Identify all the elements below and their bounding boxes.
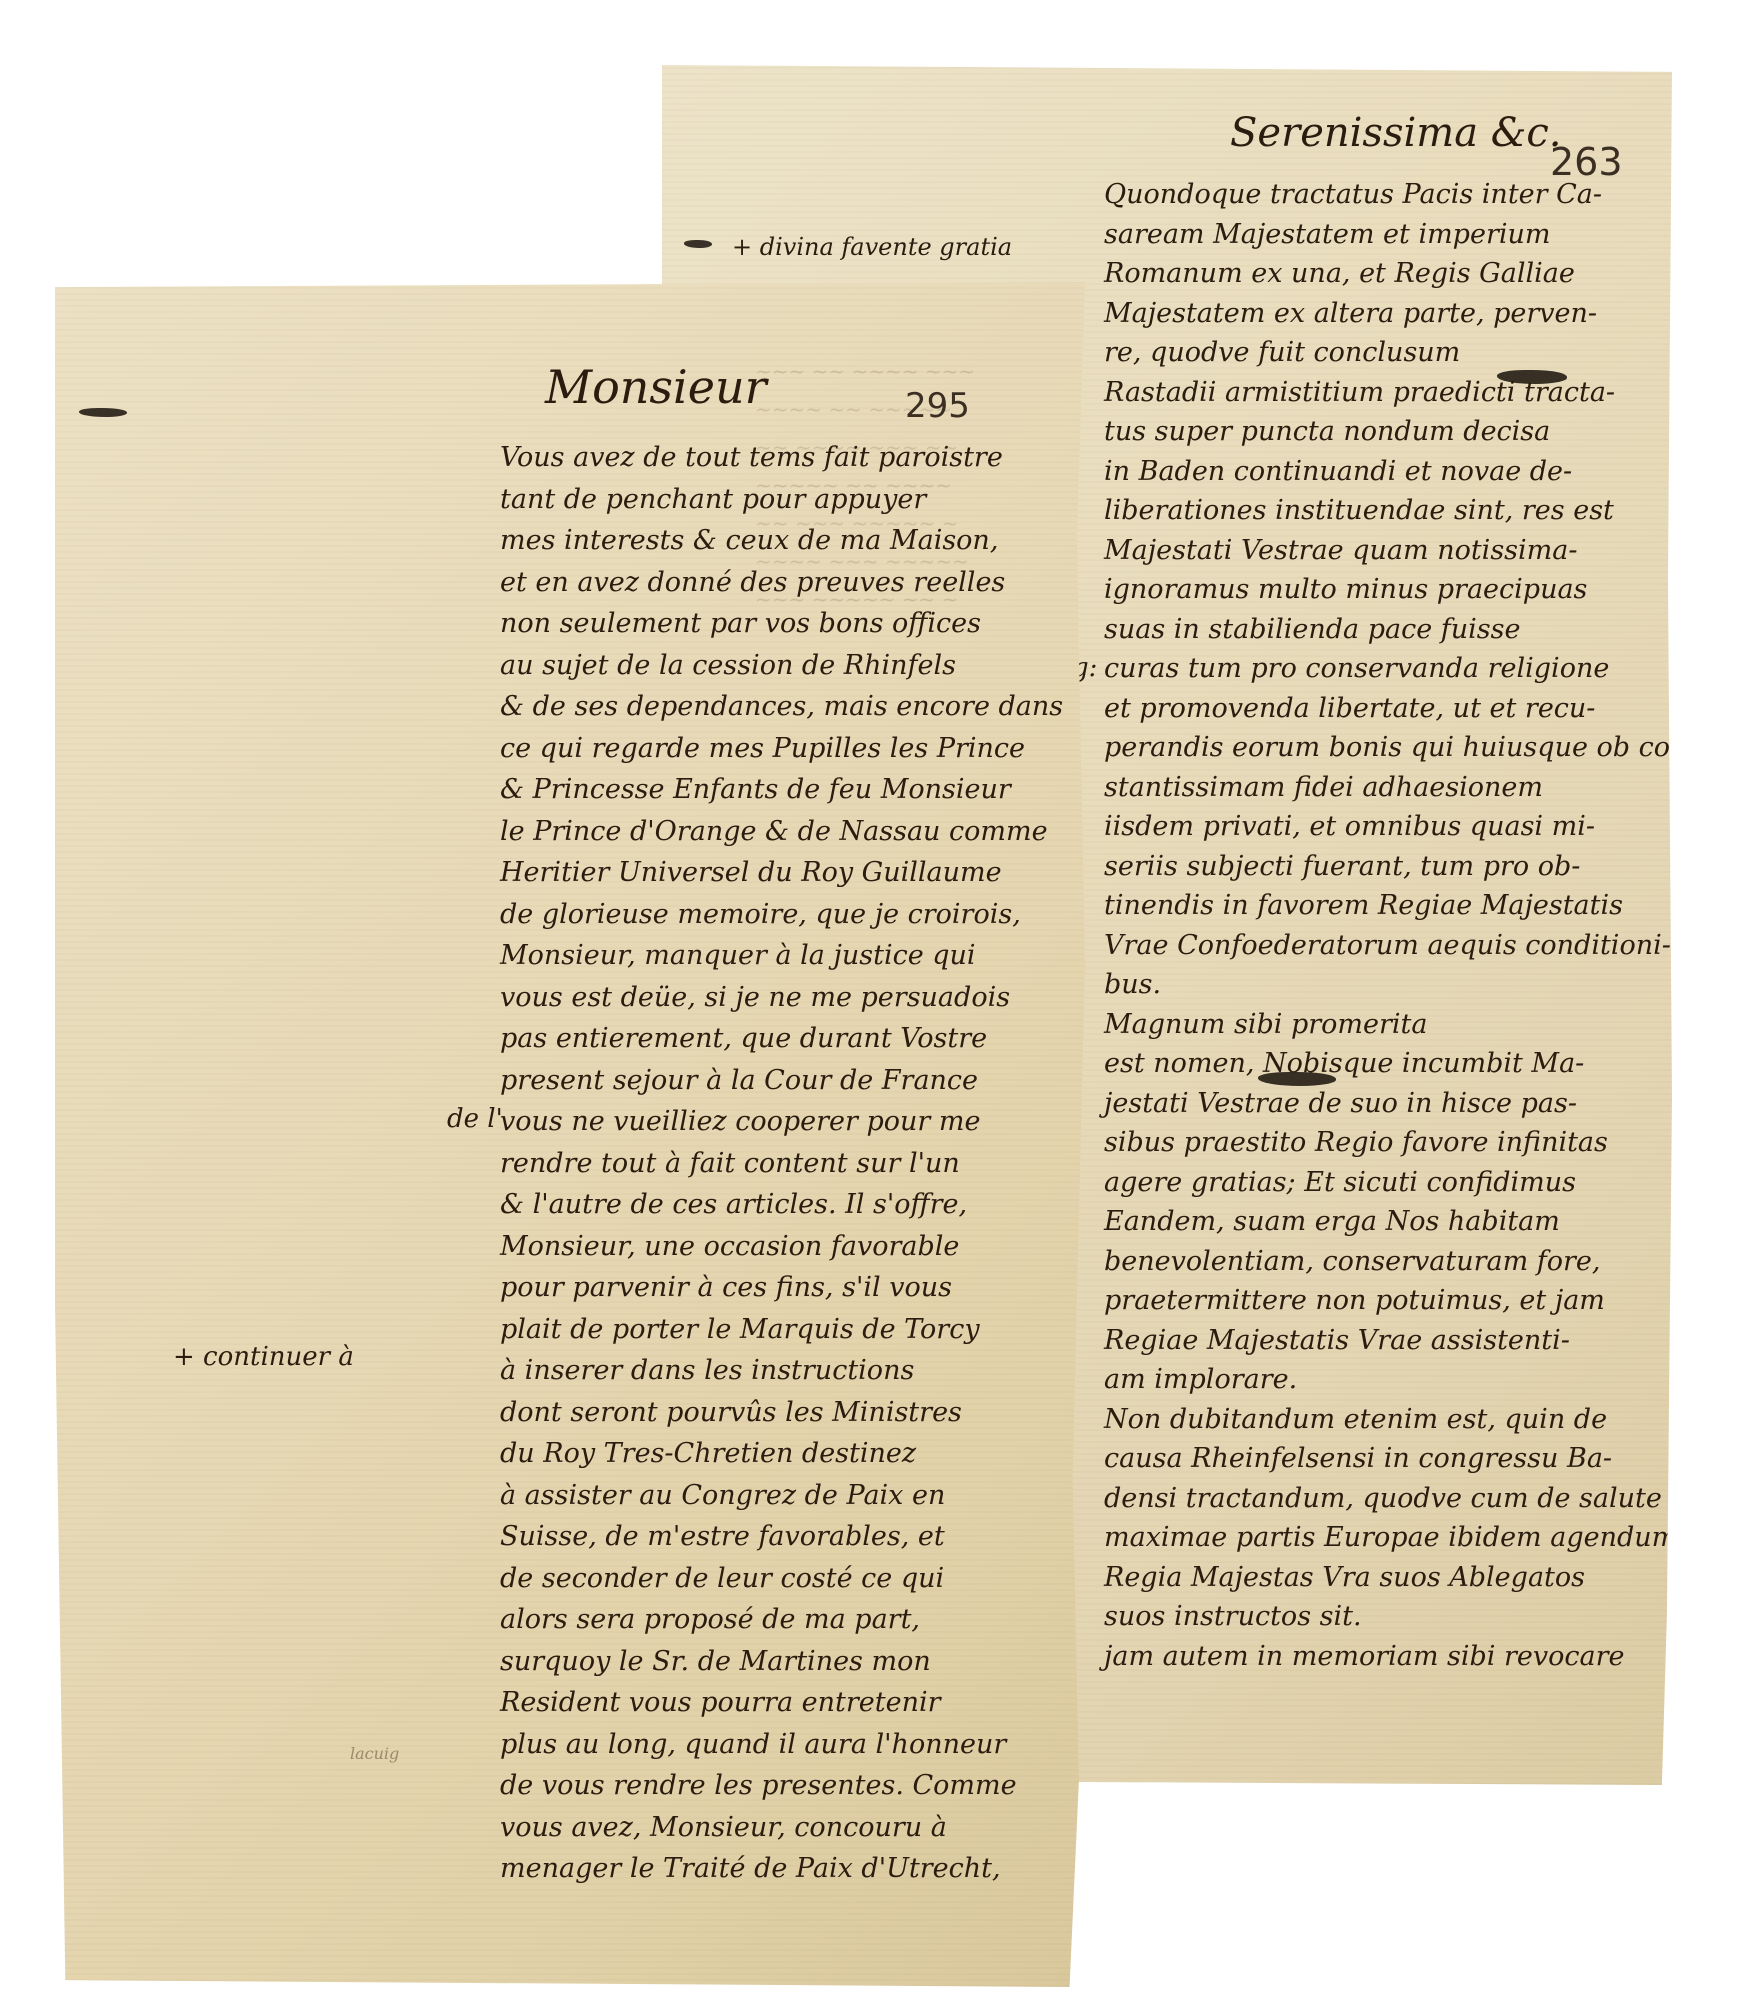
text-line: am implorare.	[1104, 1360, 1697, 1400]
text-line: suos instructos sit.	[1104, 1597, 1697, 1637]
text-line: le Prince d'Orange & de Nassau comme	[500, 811, 1063, 853]
text-line: jam autem in memoriam sibi revocare	[1104, 1637, 1697, 1677]
text-line: vous avez, Monsieur, concouru à	[500, 1807, 1063, 1849]
text-line: rendre tout à fait content sur l'un	[500, 1143, 1063, 1185]
text-line: Regiae Majestatis Vrae assistenti-	[1104, 1321, 1697, 1361]
text-line: jestati Vestrae de suo in hisce pas-	[1104, 1084, 1697, 1124]
text-line: maximae partis Europae ibidem agendum,	[1104, 1518, 1697, 1558]
text-line: & de ses dependances, mais encore dans	[500, 686, 1063, 728]
salutation: Monsieur	[545, 360, 767, 414]
text-line: Majestati Vestrae quam notissima-	[1104, 531, 1697, 571]
text-line: à assister au Congrez de Paix en	[500, 1475, 1063, 1517]
text-line: plus au long, quand il aura l'honneur	[500, 1724, 1063, 1766]
text-line: dont seront pourvûs les Ministres	[500, 1392, 1063, 1434]
text-line: Regia Majestas Vra suos Ablegatos	[1104, 1558, 1697, 1598]
text-line: Suisse, de m'estre favorables, et	[500, 1516, 1063, 1558]
text-line: liberationes instituendae sint, res est	[1104, 491, 1697, 531]
text-line: praetermittere non potuimus, et jam	[1104, 1281, 1697, 1321]
text-line: sibus praestito Regio favore infinitas	[1104, 1123, 1697, 1163]
text-line: re, quodve fuit conclusum	[1104, 333, 1697, 373]
latin-text-block: Quondoque tractatus Pacis inter Ca- sare…	[1104, 175, 1697, 1676]
text-line: tant de penchant pour appuyer	[500, 479, 1063, 521]
text-line: de glorieuse memoire, que je croirois,	[500, 894, 1063, 936]
text-line: Heritier Universel du Roy Guillaume	[500, 852, 1063, 894]
text-line: vous est deüe, si je ne me persuadois	[500, 977, 1063, 1019]
text-line: Rastadii armistitium praedicti tracta-	[1104, 373, 1697, 413]
text-line: Eandem, suam erga Nos habitam	[1104, 1202, 1697, 1242]
text-line: ignoramus multo minus praecipuas	[1104, 570, 1697, 610]
text-line: Monsieur, une occasion favorable	[500, 1226, 1063, 1268]
text-line: vous ne vueilliez cooperer pour me	[500, 1101, 1063, 1143]
text-line: Monsieur, manquer à la justice qui	[500, 935, 1063, 977]
margin-note: + divina favente gratia	[732, 233, 1012, 261]
text-line: surquoy le Sr. de Martines mon	[500, 1641, 1063, 1683]
text-line: pas entierement, que durant Vostre	[500, 1018, 1063, 1060]
text-line: et en avez donné des preuves reelles	[500, 562, 1063, 604]
text-line: saream Majestatem et imperium	[1104, 215, 1697, 255]
salutation: Serenissima &c.	[1230, 110, 1561, 156]
text-line: de vous rendre les presentes. Comme	[500, 1765, 1063, 1807]
ink-blot	[79, 408, 127, 417]
folio-number: 295	[905, 386, 970, 426]
margin-note: + continuer à	[173, 1342, 354, 1372]
text-line: et promovenda libertate, ut et recu-	[1104, 689, 1697, 729]
text-line: est nomen, Nobisque incumbit Ma-	[1104, 1044, 1697, 1084]
text-line: de seconder de leur costé ce qui	[500, 1558, 1063, 1600]
text-line: non seulement par vos bons offices	[500, 603, 1063, 645]
french-text-block: Vous avez de tout tems fait paroistre ta…	[500, 437, 1063, 1890]
text-line: & l'autre de ces articles. Il s'offre,	[500, 1184, 1063, 1226]
text-line: Majestatem ex altera parte, perven-	[1104, 294, 1697, 334]
text-line: Non dubitandum etenim est, quin de	[1104, 1400, 1697, 1440]
text-line: à inserer dans les instructions	[500, 1350, 1063, 1392]
text-line: causa Rheinfelsensi in congressu Ba-	[1104, 1439, 1697, 1479]
text-line: stantissimam fidei adhaesionem	[1104, 768, 1697, 808]
text-line: au sujet de la cession de Rhinfels	[500, 645, 1063, 687]
text-line: plait de porter le Marquis de Torcy	[500, 1309, 1063, 1351]
text-line: Magnum sibi promerita	[1104, 1005, 1697, 1045]
text-line: perandis eorum bonis qui huiusque ob con…	[1104, 728, 1697, 768]
pencil-note: lacuig	[350, 1744, 399, 1763]
text-line: alors sera proposé de ma part,	[500, 1599, 1063, 1641]
text-line: Romanum ex una, et Regis Galliae	[1104, 254, 1697, 294]
text-line: tinendis in favorem Regiae Majestatis	[1104, 886, 1697, 926]
margin-note: de l'	[447, 1104, 503, 1134]
text-line: densi tractandum, quodve cum de salute	[1104, 1479, 1697, 1519]
text-line: ce qui regarde mes Pupilles les Prince	[500, 728, 1063, 770]
text-line: Vous avez de tout tems fait paroistre	[500, 437, 1063, 479]
manuscript-page-front: ~~~ ~~ ~~~~ ~~~~~~~ ~~ ~~~~~~~ ~~~~ ~~~ …	[55, 282, 1085, 1987]
text-line: du Roy Tres-Chretien destinez	[500, 1433, 1063, 1475]
text-line: in Baden continuandi et novae de-	[1104, 452, 1697, 492]
text-line: iisdem privati, et omnibus quasi mi-	[1104, 807, 1697, 847]
text-line: tus super puncta nondum decisa	[1104, 412, 1697, 452]
text-line: mes interests & ceux de ma Maison,	[500, 520, 1063, 562]
text-line: present sejour à la Cour de France	[500, 1060, 1063, 1102]
text-line: agere gratias; Et sicuti confidimus	[1104, 1163, 1697, 1203]
text-line: bus.	[1104, 965, 1697, 1005]
text-line: curas tum pro conservanda religione	[1104, 649, 1697, 689]
text-line: suas in stabilienda pace fuisse	[1104, 610, 1697, 650]
text-line: Quondoque tractatus Pacis inter Ca-	[1104, 175, 1697, 215]
text-line: Vrae Confoederatorum aequis conditioni-	[1104, 926, 1697, 966]
text-line: pour parvenir à ces fins, s'il vous	[500, 1267, 1063, 1309]
text-line: menager le Traité de Paix d'Utrecht,	[500, 1848, 1063, 1890]
text-line: Resident vous pourra entretenir	[500, 1682, 1063, 1724]
text-line: benevolentiam, conservaturam fore,	[1104, 1242, 1697, 1282]
text-line: seriis subjecti fuerant, tum pro ob-	[1104, 847, 1697, 887]
ink-blot	[684, 240, 712, 248]
text-line: & Princesse Enfants de feu Monsieur	[500, 769, 1063, 811]
